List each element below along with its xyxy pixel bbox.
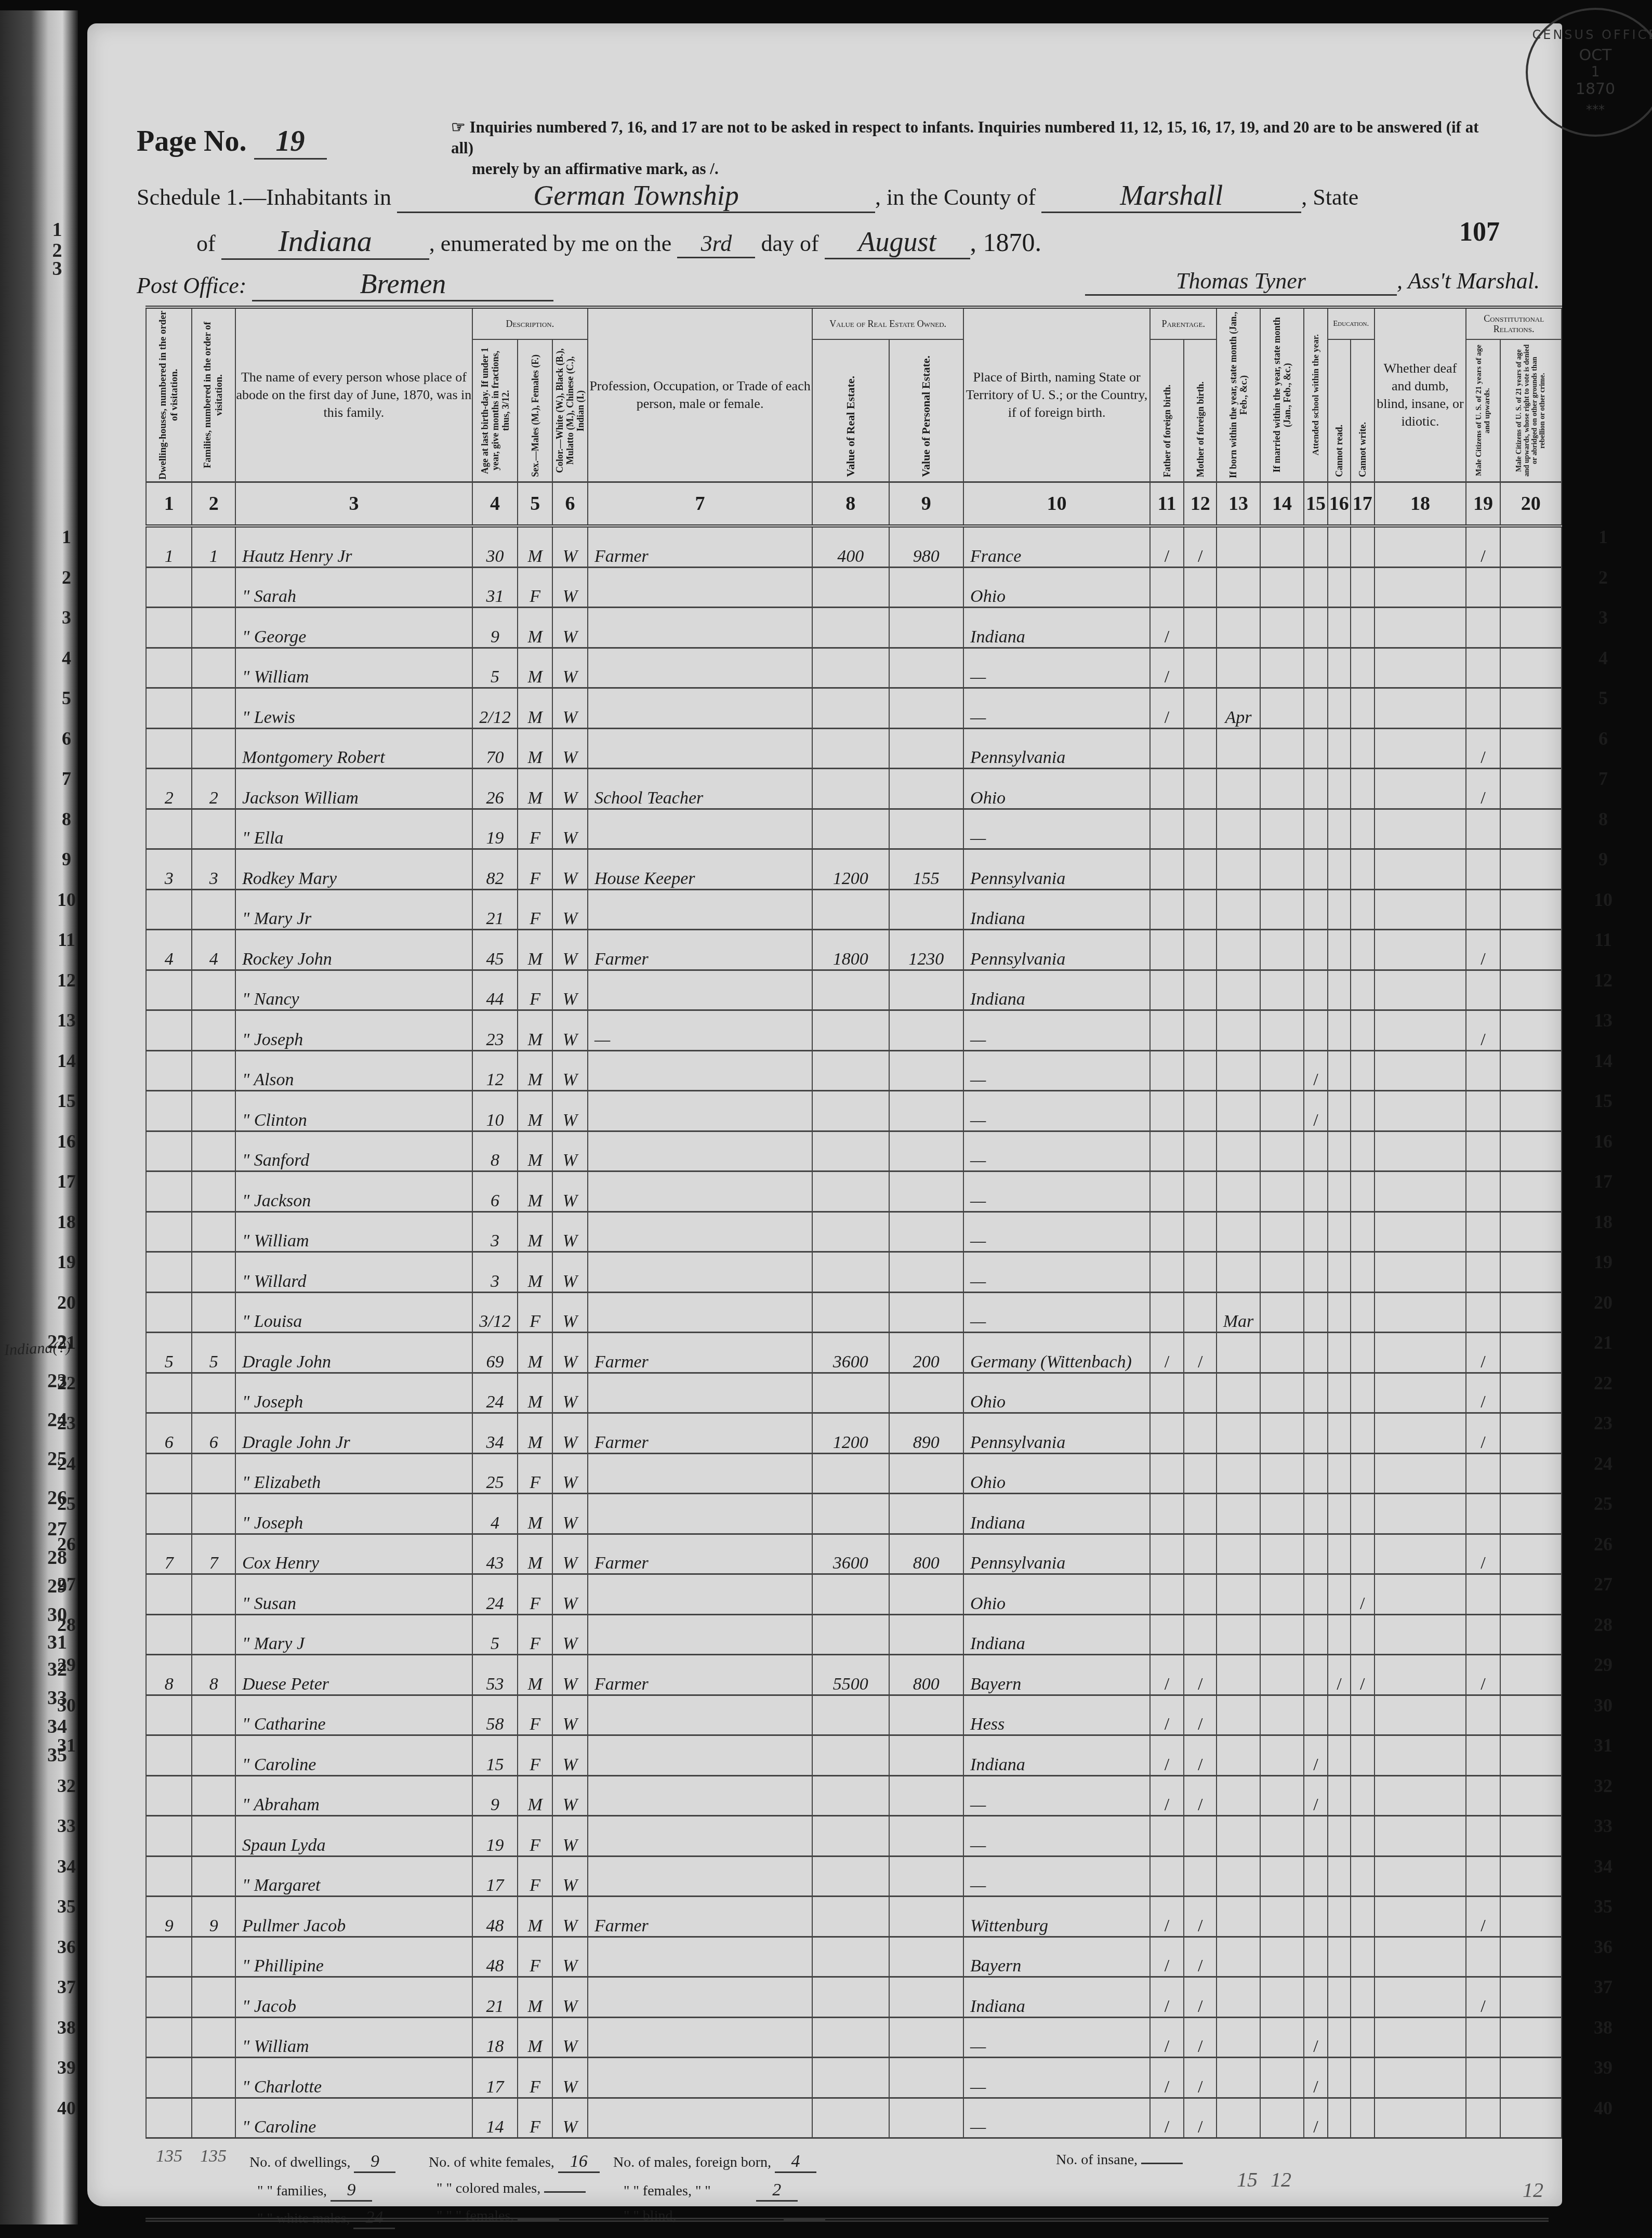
line-number-right: 34 — [1585, 1855, 1621, 1877]
census-row: 11Hautz Henry Jr30MWFarmer400980France//… — [146, 526, 1562, 567]
age: 12 — [472, 1050, 518, 1091]
cannot-read-mark — [1328, 1252, 1351, 1293]
personal-estate-value — [889, 1373, 964, 1413]
occupation — [588, 2017, 812, 2058]
disability — [1375, 567, 1466, 608]
school-mark — [1304, 1856, 1328, 1897]
line-number-right: 28 — [1585, 1614, 1621, 1636]
column-number: 7 — [588, 482, 812, 526]
cannot-read-mark — [1328, 1292, 1351, 1333]
family-number: 4 — [192, 930, 235, 970]
born-month — [1217, 2098, 1260, 2138]
color: W — [552, 1614, 588, 1655]
mother-foreign-mark — [1184, 1453, 1217, 1494]
disability — [1375, 769, 1466, 809]
col-color-header: Color.—White (W.), Black (B.), Mulatto (… — [552, 339, 588, 482]
disability — [1375, 1735, 1466, 1776]
cannot-write-mark — [1351, 809, 1375, 849]
born-month — [1217, 2017, 1260, 2058]
birthplace: Ohio — [963, 1453, 1150, 1494]
col-vote-denied-header: Male Citizens of U. S. of 21 years of ag… — [1500, 339, 1562, 482]
dwelling-number — [146, 1050, 192, 1091]
age: 69 — [472, 1333, 518, 1373]
occupation — [588, 889, 812, 930]
born-month — [1217, 1735, 1260, 1776]
born-month — [1217, 1010, 1260, 1051]
dwelling-number: 7 — [146, 1534, 192, 1574]
father-foreign-mark — [1150, 889, 1184, 930]
married-month — [1260, 930, 1304, 970]
sex: F — [518, 1453, 552, 1494]
born-month — [1217, 809, 1260, 849]
school-mark: / — [1304, 2098, 1328, 2138]
col-cannot-read-header: Cannot read. — [1328, 339, 1351, 482]
vote-denied-mark — [1500, 1091, 1562, 1131]
cannot-write-mark — [1351, 648, 1375, 688]
school-mark — [1304, 1574, 1328, 1615]
birthplace: — — [963, 1212, 1150, 1252]
previous-page-edge: 1 2 3 22 23 24 25 26 27 28 29 30 31 32 3… — [0, 10, 78, 2224]
family-number — [192, 889, 235, 930]
disability — [1375, 1453, 1466, 1494]
school-mark — [1304, 1373, 1328, 1413]
census-table: Dwelling-houses, numbered in the order o… — [146, 306, 1562, 2139]
birthplace: Pennsylvania — [963, 930, 1150, 970]
line-number-left: 38 — [51, 2017, 82, 2038]
disability — [1375, 1373, 1466, 1413]
cannot-read-mark — [1328, 1171, 1351, 1212]
sex: M — [518, 648, 552, 688]
dwelling-number: 4 — [146, 930, 192, 970]
male-citizen-mark — [1466, 1091, 1500, 1131]
occupation — [588, 1050, 812, 1091]
person-name: " William — [235, 1212, 472, 1252]
personal-estate-value — [889, 809, 964, 849]
cannot-read-mark — [1328, 1534, 1351, 1574]
cannot-read-mark — [1328, 769, 1351, 809]
disability — [1375, 1614, 1466, 1655]
age: 34 — [472, 1413, 518, 1454]
line-number-left: 9 — [51, 848, 82, 870]
birthplace: — — [963, 1252, 1150, 1293]
personal-estate-value — [889, 1252, 964, 1293]
line-number-right: 36 — [1585, 1936, 1621, 1958]
real-estate-value — [812, 1574, 889, 1615]
cannot-read-mark — [1328, 526, 1351, 567]
cannot-read-mark — [1328, 728, 1351, 769]
line-number-right: 3 — [1585, 607, 1621, 628]
family-number: 7 — [192, 1534, 235, 1574]
school-mark — [1304, 1131, 1328, 1171]
married-month — [1260, 1373, 1304, 1413]
age: 21 — [472, 1977, 518, 2018]
male-citizen-mark: / — [1466, 769, 1500, 809]
birthplace: Bayern — [963, 1937, 1150, 1977]
birthplace: — — [963, 688, 1150, 729]
cannot-read-mark — [1328, 1212, 1351, 1252]
school-mark — [1304, 1897, 1328, 1937]
disability — [1375, 1171, 1466, 1212]
line-number-right: 5 — [1585, 687, 1621, 709]
occupation — [588, 1494, 812, 1534]
cannot-read-mark — [1328, 1614, 1351, 1655]
mother-foreign-mark — [1184, 1091, 1217, 1131]
father-foreign-mark — [1150, 728, 1184, 769]
real-estate-value — [812, 1131, 889, 1171]
male-citizen-mark: / — [1466, 1655, 1500, 1695]
mother-foreign-mark — [1184, 1574, 1217, 1615]
occupation — [588, 970, 812, 1010]
male-citizen-mark — [1466, 1050, 1500, 1091]
cannot-read-mark — [1328, 1050, 1351, 1091]
line-number-right: 4 — [1585, 647, 1621, 669]
married-month — [1260, 1494, 1304, 1534]
personal-estate-value — [889, 567, 964, 608]
born-month — [1217, 1252, 1260, 1293]
cannot-read-mark — [1328, 1413, 1351, 1454]
cannot-write-mark: / — [1351, 1574, 1375, 1615]
stamp-text: CENSUS OFFICE — [1528, 28, 1652, 42]
sex: F — [518, 1937, 552, 1977]
mother-foreign-mark — [1184, 889, 1217, 930]
real-estate-value — [812, 648, 889, 688]
family-number — [192, 608, 235, 648]
school-mark — [1304, 930, 1328, 970]
birthplace: Indiana — [963, 1494, 1150, 1534]
line-number-left: 6 — [51, 728, 82, 749]
cannot-write-mark — [1351, 1373, 1375, 1413]
real-estate-value: 1800 — [812, 930, 889, 970]
family-number — [192, 1735, 235, 1776]
cannot-write-mark — [1351, 1050, 1375, 1091]
personal-estate-value — [889, 1897, 964, 1937]
male-citizen-mark — [1466, 1937, 1500, 1977]
sex: F — [518, 1856, 552, 1897]
cannot-read-mark — [1328, 970, 1351, 1010]
school-mark — [1304, 1292, 1328, 1333]
line-number-right: 27 — [1585, 1573, 1621, 1595]
vote-denied-mark — [1500, 1695, 1562, 1735]
sex: M — [518, 1252, 552, 1293]
line-number-right: 7 — [1585, 768, 1621, 789]
census-row: 66Dragle John Jr34MWFarmer1200890Pennsyl… — [146, 1413, 1562, 1454]
person-name: " Lewis — [235, 688, 472, 729]
family-number: 3 — [192, 849, 235, 890]
occupation: — — [588, 1010, 812, 1051]
schedule-line: Schedule 1.—Inhabitants in German Townsh… — [137, 179, 1358, 213]
personal-estate-value — [889, 769, 964, 809]
age: 48 — [472, 1937, 518, 1977]
cannot-read-mark — [1328, 1735, 1351, 1776]
census-row: " Alson12MW—/ — [146, 1050, 1562, 1091]
family-number — [192, 2098, 235, 2138]
group-parentage-header: Parentage. — [1150, 307, 1217, 339]
occupation — [588, 1937, 812, 1977]
person-name: " Clinton — [235, 1091, 472, 1131]
line-number-left: 16 — [51, 1130, 82, 1152]
dwelling-number — [146, 1010, 192, 1051]
vote-denied-mark — [1500, 1050, 1562, 1091]
family-number — [192, 1050, 235, 1091]
real-estate-value: 400 — [812, 526, 889, 567]
dwelling-number — [146, 2017, 192, 2058]
cannot-write-mark — [1351, 2098, 1375, 2138]
census-row: " Lewis2/12MW—/Apr — [146, 688, 1562, 729]
state-date-line: of Indiana, enumerated by me on the 3rd … — [196, 223, 1041, 260]
cannot-write-mark — [1351, 1614, 1375, 1655]
sex: F — [518, 809, 552, 849]
birthplace: Ohio — [963, 567, 1150, 608]
family-number — [192, 1373, 235, 1413]
occupation — [588, 2098, 812, 2138]
vote-denied-mark — [1500, 1735, 1562, 1776]
birthplace: — — [963, 1856, 1150, 1897]
color: W — [552, 688, 588, 729]
state-label: , State — [1301, 185, 1358, 210]
dwelling-number — [146, 608, 192, 648]
dwelling-number — [146, 1131, 192, 1171]
day-field: 3rd — [677, 230, 755, 258]
real-estate-value — [812, 688, 889, 729]
family-number — [192, 809, 235, 849]
line-number-left: 37 — [51, 1976, 82, 1998]
line-number-left: 25 — [51, 1493, 82, 1515]
real-estate-value — [812, 1856, 889, 1897]
sex: M — [518, 1534, 552, 1574]
dwelling-number — [146, 1775, 192, 1816]
personal-estate-value — [889, 1816, 964, 1857]
mother-foreign-mark — [1184, 1856, 1217, 1897]
person-name: " George — [235, 608, 472, 648]
cannot-write-mark — [1351, 728, 1375, 769]
school-mark — [1304, 970, 1328, 1010]
person-name: " Willard — [235, 1252, 472, 1293]
born-month — [1217, 1212, 1260, 1252]
sex: M — [518, 930, 552, 970]
real-estate-value — [812, 970, 889, 1010]
occupation: Farmer — [588, 526, 812, 567]
vote-denied-mark — [1500, 889, 1562, 930]
father-foreign-mark — [1150, 930, 1184, 970]
cannot-write-mark — [1351, 526, 1375, 567]
cannot-write-mark — [1351, 1494, 1375, 1534]
sex: F — [518, 2098, 552, 2138]
dwelling-number — [146, 728, 192, 769]
line-number-right: 37 — [1585, 1976, 1621, 1998]
personal-estate-value — [889, 1856, 964, 1897]
married-month — [1260, 1695, 1304, 1735]
personal-estate-value — [889, 970, 964, 1010]
real-estate-value — [812, 769, 889, 809]
personal-estate-value: 155 — [889, 849, 964, 890]
dwelling-number — [146, 1614, 192, 1655]
personal-estate-value: 980 — [889, 526, 964, 567]
real-estate-value — [812, 1091, 889, 1131]
father-foreign-mark — [1150, 1050, 1184, 1091]
real-estate-value — [812, 1292, 889, 1333]
line-number-right: 13 — [1585, 1009, 1621, 1031]
born-month — [1217, 1171, 1260, 1212]
family-number — [192, 1574, 235, 1615]
marshal-line: Thomas Tyner, Ass't Marshal. — [1085, 268, 1540, 296]
male-citizen-mark — [1466, 1292, 1500, 1333]
family-number — [192, 1453, 235, 1494]
insane-total: No. of insane, — [1056, 2152, 1183, 2168]
birthplace: Ohio — [963, 1373, 1150, 1413]
post-office-label: Post Office: — [137, 273, 246, 298]
line-number-left: 17 — [51, 1170, 82, 1192]
male-citizen-mark: / — [1466, 1373, 1500, 1413]
male-citizen-mark: / — [1466, 930, 1500, 970]
born-month — [1217, 1856, 1260, 1897]
family-number — [192, 1816, 235, 1857]
family-number — [192, 1695, 235, 1735]
column-number: 19 — [1466, 482, 1500, 526]
cannot-write-mark — [1351, 1856, 1375, 1897]
father-foreign-mark: / — [1150, 526, 1184, 567]
male-citizen-mark — [1466, 1735, 1500, 1776]
birthplace: Pennsylvania — [963, 849, 1150, 890]
dwelling-number — [146, 1856, 192, 1897]
county-label: , in the County of — [875, 185, 1036, 210]
school-mark — [1304, 728, 1328, 769]
real-estate-value — [812, 1614, 889, 1655]
dwelling-number — [146, 889, 192, 930]
vote-denied-mark — [1500, 1131, 1562, 1171]
personal-estate-value: 800 — [889, 1655, 964, 1695]
sex: M — [518, 1010, 552, 1051]
vote-denied-mark — [1500, 1816, 1562, 1857]
disability — [1375, 930, 1466, 970]
sex: F — [518, 1614, 552, 1655]
father-foreign-mark — [1150, 1534, 1184, 1574]
born-month — [1217, 1614, 1260, 1655]
line-number-left: 28 — [51, 1614, 82, 1636]
born-month — [1217, 1574, 1260, 1615]
person-name: " Alson — [235, 1050, 472, 1091]
township-field: German Township — [397, 179, 875, 213]
birthplace: Pennsylvania — [963, 728, 1150, 769]
birthplace: Wittenburg — [963, 1897, 1150, 1937]
sex: F — [518, 889, 552, 930]
married-month — [1260, 849, 1304, 890]
line-number-left: 32 — [51, 1775, 82, 1797]
census-row: " Charlotte17FW—/// — [146, 2058, 1562, 2098]
school-mark — [1304, 1333, 1328, 1373]
sex: F — [518, 970, 552, 1010]
line-number-right: 14 — [1585, 1050, 1621, 1072]
born-month — [1217, 930, 1260, 970]
census-row: Montgomery Robert70MWPennsylvania/ — [146, 728, 1562, 769]
father-foreign-mark — [1150, 809, 1184, 849]
census-row: " Joseph4MWIndiana — [146, 1494, 1562, 1534]
census-row: " Clinton10MW—/ — [146, 1091, 1562, 1131]
disability — [1375, 2017, 1466, 2058]
column-number: 10 — [963, 482, 1150, 526]
census-row: " Joseph24MWOhio/ — [146, 1373, 1562, 1413]
disability — [1375, 1494, 1466, 1534]
personal-estate-value — [889, 1574, 964, 1615]
birthplace: — — [963, 2098, 1150, 2138]
born-month — [1217, 1494, 1260, 1534]
mother-foreign-mark — [1184, 688, 1217, 729]
sex: M — [518, 608, 552, 648]
school-mark: / — [1304, 1091, 1328, 1131]
personal-estate-value — [889, 1050, 964, 1091]
census-row: " Abraham9MW—/// — [146, 1775, 1562, 1816]
mother-foreign-mark — [1184, 608, 1217, 648]
married-month — [1260, 1453, 1304, 1494]
school-mark: / — [1304, 1775, 1328, 1816]
mother-foreign-mark — [1184, 1010, 1217, 1051]
cannot-write-mark — [1351, 1292, 1375, 1333]
cannot-read-mark — [1328, 1937, 1351, 1977]
person-name: " Phillipine — [235, 1937, 472, 1977]
cannot-read-mark — [1328, 688, 1351, 729]
father-foreign-mark — [1150, 1252, 1184, 1293]
occupation: Farmer — [588, 930, 812, 970]
mother-foreign-mark — [1184, 769, 1217, 809]
born-month — [1217, 1897, 1260, 1937]
vote-denied-mark — [1500, 1010, 1562, 1051]
person-name: Pullmer Jacob — [235, 1897, 472, 1937]
dwelling-number: 9 — [146, 1897, 192, 1937]
birthplace: Ohio — [963, 769, 1150, 809]
male-citizen-mark: / — [1466, 1333, 1500, 1373]
color: W — [552, 889, 588, 930]
person-name: Montgomery Robert — [235, 728, 472, 769]
real-estate-value — [812, 889, 889, 930]
school-mark — [1304, 1252, 1328, 1293]
born-month — [1217, 1050, 1260, 1091]
schedule-label: Schedule 1.—Inhabitants in — [137, 185, 391, 210]
age: 3 — [472, 1212, 518, 1252]
married-month — [1260, 2098, 1304, 2138]
column-number: 1 — [146, 482, 192, 526]
personal-estate-value — [889, 688, 964, 729]
age: 30 — [472, 526, 518, 567]
line-number-right: 40 — [1585, 2097, 1621, 2119]
census-row: " Jackson6MW— — [146, 1171, 1562, 1212]
real-estate-value — [812, 1775, 889, 1816]
real-estate-value — [812, 2098, 889, 2138]
father-foreign-mark — [1150, 567, 1184, 608]
cannot-write-mark — [1351, 2017, 1375, 2058]
school-mark — [1304, 688, 1328, 729]
census-row: 55Dragle John69MWFarmer3600200Germany (W… — [146, 1333, 1562, 1373]
cannot-write-mark — [1351, 889, 1375, 930]
birthplace: — — [963, 1292, 1150, 1333]
marshal-label: , Ass't Marshal. — [1397, 268, 1540, 294]
birthplace: — — [963, 1091, 1150, 1131]
male-citizen-mark — [1466, 608, 1500, 648]
col-school-header: Attended school within the year. — [1304, 307, 1328, 482]
census-row: " Louisa3/12FW—Mar — [146, 1292, 1562, 1333]
color: W — [552, 1091, 588, 1131]
father-foreign-mark — [1150, 1212, 1184, 1252]
cannot-write-mark — [1351, 1937, 1375, 1977]
age: 9 — [472, 608, 518, 648]
age: 15 — [472, 1735, 518, 1776]
day-of-label: day of — [761, 231, 818, 256]
school-mark — [1304, 809, 1328, 849]
mother-foreign-mark — [1184, 1131, 1217, 1171]
line-number-left: 13 — [51, 1009, 82, 1031]
person-name: " Abraham — [235, 1775, 472, 1816]
sheet-reference-number: 107 — [1459, 217, 1500, 247]
birthplace: Indiana — [963, 889, 1150, 930]
married-month — [1260, 1614, 1304, 1655]
